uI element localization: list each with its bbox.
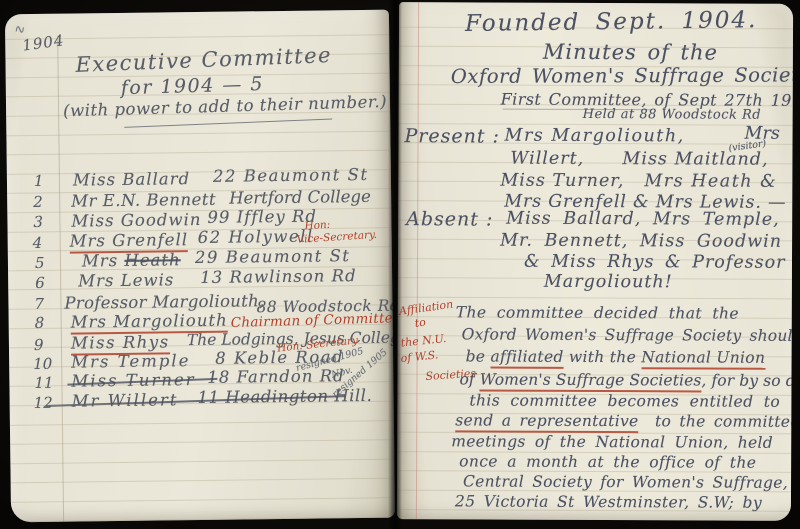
member-5-num: 5: [35, 254, 45, 272]
body-line3-seg-national-union: National Union: [641, 348, 765, 370]
member-2-name: Mr E.N. Bennett: [71, 190, 216, 211]
member-1-name: Miss Ballard: [73, 169, 190, 189]
present-line2a: Willert,: [510, 149, 584, 169]
committee-title-line3: (with power to add to their number.): [63, 92, 388, 121]
committee-title-line1: Executive Committee: [75, 43, 332, 77]
body-line4-seg-a: of: [459, 370, 474, 388]
present-label: Present :: [404, 125, 500, 147]
margin-note-line3: the N.U.: [400, 332, 447, 350]
margin-note-line2: to: [414, 316, 427, 330]
body-line6: send a representative to the committee: [455, 411, 793, 431]
body-line5: this committee becomes entitled to: [469, 391, 780, 410]
absent-label: Absent :: [406, 208, 493, 230]
left-page: ∿ 1904 Executive Committee for 1904 — 5 …: [5, 10, 395, 523]
body-line3-seg-c: with the: [569, 348, 636, 366]
right-margin-rule: [416, 2, 419, 519]
member-11-num: 11: [34, 374, 53, 392]
body-line10: 25 Victoria St Westminster, S.W; by: [455, 492, 762, 511]
member-6-num: 6: [35, 274, 45, 292]
absent-line2: Mr. Bennett, Miss Goodwin: [500, 231, 782, 252]
member-12-num: 12: [34, 394, 53, 412]
body-line4-seg-c: , for by so doing: [701, 371, 793, 390]
founded-header: Founded Sept. 1904.: [465, 7, 758, 37]
year-label: 1904: [21, 31, 65, 54]
present-line2b: Miss Maitland,: [622, 149, 768, 170]
member-4-num: 4: [33, 234, 43, 252]
member-6-address: 13 Rawlinson Rd: [200, 266, 357, 287]
minutes-title: Minutes of the: [543, 40, 718, 65]
body-line3: be affiliated with the National Union: [466, 347, 766, 366]
member-1-address: 22 Beaumont St: [213, 165, 369, 186]
member-10-num: 10: [33, 355, 52, 373]
right-page: Founded Sept. 1904. Minutes of the Oxfor…: [397, 2, 793, 521]
member-5-address: 29 Beaumont St: [195, 246, 351, 267]
body-line6-seg-b: to the committee: [655, 412, 793, 431]
member-2-address: Hertford College: [229, 187, 371, 208]
member-2-num: 2: [33, 193, 43, 211]
society-title: Oxford Women's Suffrage Society.: [451, 63, 793, 88]
member-1-num: 1: [34, 172, 44, 190]
absent-line4: Margoliouth!: [544, 272, 673, 293]
manuscript-photo: ∿ 1904 Executive Committee for 1904 — 5 …: [0, 0, 800, 529]
member-3-name: Miss Goodwin: [71, 210, 201, 231]
body-line4: of Women's Suffrage Societies, for by so…: [459, 370, 793, 390]
member-5-name-struck: Heath: [124, 250, 180, 270]
member-10-name: Mrs Temple: [71, 351, 190, 371]
member-5-name: Mrs Heath: [82, 250, 181, 270]
body-line3-seg-affiliated: affiliated: [490, 348, 563, 369]
present-line1a: Mrs Margoliouth,: [505, 126, 685, 147]
member-8-num: 8: [35, 314, 45, 332]
absent-line3: & Miss Rhys & Professor: [524, 252, 786, 273]
body-line1: The committee decided that the: [456, 303, 739, 322]
held-at-line: Held at 88 Woodstock Rd: [583, 107, 762, 123]
member-3-address: 99 Iffley Rd: [207, 207, 317, 227]
margin-note-line1: Affiliation: [398, 298, 454, 318]
member-11-address: 18 Farndon Rd: [207, 366, 345, 387]
member-7-num: 7: [34, 295, 44, 313]
present-line3b: Mrs Heath &: [644, 171, 777, 192]
body-line2: Oxford Women's Suffrage Society should: [462, 325, 793, 344]
member-4-hon-note-line1: Hon:: [304, 219, 331, 233]
title-underline: [124, 118, 332, 128]
member-9-num: 9: [34, 336, 44, 354]
absent-line1: Miss Ballard, Mrs Temple,: [506, 209, 780, 230]
member-6-name: Mrs Lewis: [78, 270, 174, 290]
body-line8: once a month at the office of the: [459, 452, 756, 471]
body-line3-seg-a: be: [466, 347, 486, 365]
body-line9: Central Society for Women's Suffrage,: [463, 472, 788, 491]
book-gutter: [388, 0, 402, 529]
present-line3a: Miss Turner,: [500, 171, 624, 192]
member-5-name-prefix: Mrs: [82, 251, 118, 270]
member-3-num: 3: [33, 213, 43, 231]
member-7-name: Professor Margoliouth,: [64, 291, 264, 312]
body-line4-seg-societies: Women's Suffrage Societies: [480, 370, 702, 392]
margin-note-line4: of W.S.: [400, 348, 439, 365]
body-line6-seg-representative: send a representative: [455, 411, 638, 433]
body-line7: meetings of the National Union, held: [451, 432, 773, 451]
